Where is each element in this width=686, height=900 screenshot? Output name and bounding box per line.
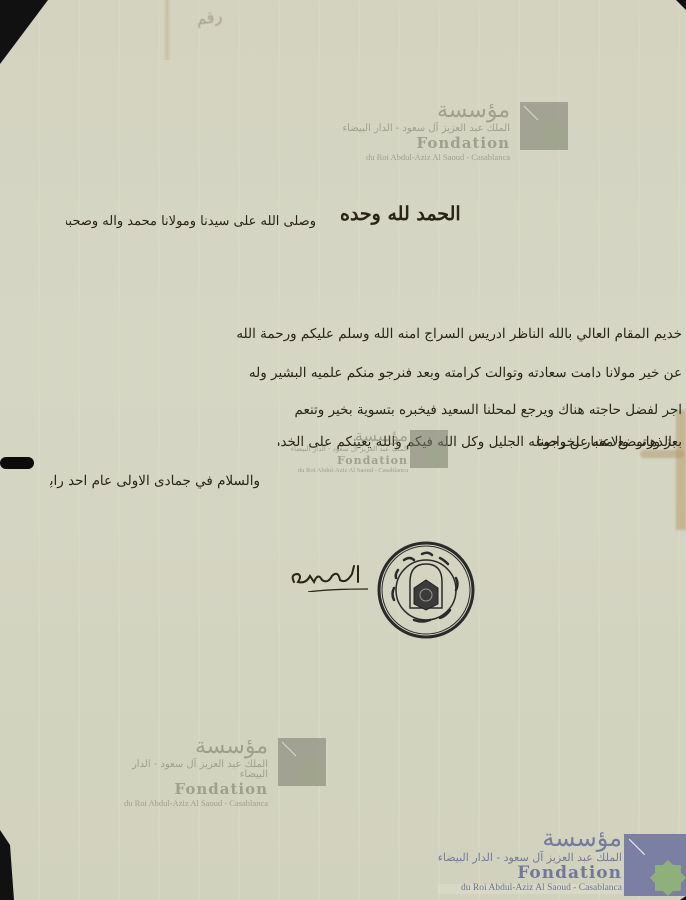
foundation-logo-icon <box>278 738 326 786</box>
body-line-3: اجر لفضل حاجته هناك ويرجع لمحلنا السعيد … <box>228 402 682 418</box>
redaction-mark <box>0 457 34 469</box>
watermark-french-title: Fondation <box>438 865 622 882</box>
watermark-arabic-title: مؤسسة <box>291 428 408 444</box>
watermark-arabic-title: مؤسسة <box>118 736 268 758</box>
watermark-arabic-title: مؤسسة <box>438 826 622 850</box>
foundation-logo-icon <box>410 430 448 468</box>
invocation-heading: الحمد لله وحده <box>340 203 461 225</box>
watermark-french-subtitle: du Roi Abdul-Aziz Al Saoud - Casablanca <box>438 884 622 894</box>
watermark-arabic-subtitle: الملك عبد العزيز آل سعود - الدار البيضاء <box>438 852 622 863</box>
watermark-top: مؤسسة الملك عبد العزيز آل سعود - الدار ا… <box>340 100 568 160</box>
watermark-bottom-right: مؤسسة الملك عبد العزيز آل سعود - الدار ا… <box>418 826 686 900</box>
foundation-logo-icon <box>520 102 568 150</box>
watermark-arabic-title: مؤسسة <box>342 100 510 122</box>
watermark-french-subtitle: du Roi Abdul-Aziz Al Saoud - Casablanca <box>118 799 268 808</box>
seal-stamp <box>374 540 478 640</box>
watermark-arabic-subtitle: الملك عبد العزيز آل سعود - الدار البيضاء <box>291 446 408 453</box>
signature <box>288 562 368 592</box>
fold-crease <box>163 0 171 60</box>
watermark-lower: مؤسسة الملك عبد العزيز آل سعود - الدار ا… <box>118 736 326 796</box>
watermark-french-title: Fondation <box>291 455 408 466</box>
paper-edge-stain <box>676 410 686 530</box>
watermark-french-subtitle: du Roi Abdul-Aziz Al Saoud - Casablanca <box>291 468 408 475</box>
closing-line: والسلام في جمادى الاولى عام احد رابع ما … <box>50 473 260 489</box>
watermark-french-title: Fondation <box>118 782 268 797</box>
side-note: بالذهاب والاعتبار لخواصنا <box>486 434 676 450</box>
watermark-arabic-subtitle: الملك عبد العزيز آل سعود - الدار البيضاء <box>118 760 268 780</box>
watermark-arabic-subtitle: الملك عبد العزيز آل سعود - الدار البيضاء <box>342 124 510 134</box>
body-line-2: عن خير مولانا دامت سعادته وتوالت كرامته … <box>218 365 682 381</box>
watermark-middle: مؤسسة الملك عبد العزيز آل سعود - الدار ا… <box>270 428 448 478</box>
body-line-1: خديم المقام العالي بالله الناظر ادريس ال… <box>218 326 682 342</box>
watermark-french-subtitle: du Roi Abdul-Aziz Al Saoud - Casablanca <box>342 153 510 162</box>
foundation-logo-icon <box>624 834 686 896</box>
blessing-heading: وصلى الله على سيدنا ومولانا محمد وآله وص… <box>66 214 316 229</box>
watermark-french-title: Fondation <box>342 136 510 151</box>
